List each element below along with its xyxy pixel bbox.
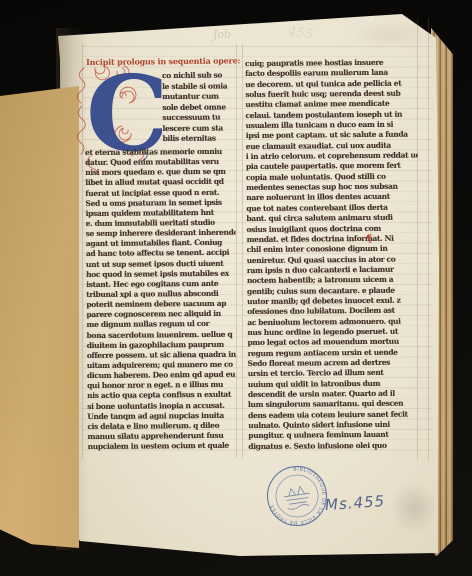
manuscript-text-line: ad hanc toto affectu se tenent. accipi — [86, 248, 236, 259]
manuscript-text-line: lescere cum sta — [162, 123, 234, 134]
manuscript-text-line: dignatus e. Sexto infusione olei quo — [248, 440, 420, 452]
stamp-text: BIBLIOTHEQUE DE LA VILLE DE TROYES — [264, 463, 330, 530]
manuscript-text-line: bant. qui circa salutem animaru studi — [246, 213, 418, 225]
manuscript-text-line: nupcialem in uestem ocium et quale — [88, 441, 238, 452]
manuscript-text-line: sole debet omne — [162, 102, 234, 113]
manuscript-text-line: libet in aliud mutat quasi occidit qd — [85, 177, 235, 188]
manuscript-text-line: solus fuerit huic usq; uerenda deest sub — [245, 89, 417, 101]
manuscript-text-line: ipsi me pont captam. ut sic salute a fun… — [246, 130, 418, 142]
column-rule — [428, 18, 429, 460]
paraph-mark: ¶ — [366, 234, 372, 245]
manuscript-text-line: parere cognoscerem nec aliquid in — [86, 309, 236, 320]
manuscript-text-line: nis actio qua cepta confisus n exultat — [87, 390, 237, 401]
right-column: cuiq; paupratis mee hostias insuerefacto… — [245, 57, 420, 452]
left-column-indented: co nichil sub sole stabile si omiamutant… — [162, 70, 235, 144]
left-column: et eterna stabilitas memorie omniudatur.… — [85, 147, 238, 453]
photo-backdrop: Job 455 Incipit prologus in sequentia op… — [0, 0, 472, 576]
manuscript-text-line: successuum tu — [162, 113, 234, 124]
stamp-emblem-icon — [283, 485, 312, 510]
manuscript-text-line: mutantur cum — [162, 91, 234, 102]
manuscript-text-line: mendat. et fides doctrina informat. Ni — [247, 233, 419, 245]
manuscript-text-line: medentes senectas sup hoc nos subsan — [246, 182, 418, 194]
manuscript-text-line: pia cautele paupertatis. que morem fert — [246, 161, 418, 173]
manuscript-text-line: le stabile si omia — [162, 81, 234, 92]
manuscript-text-line: bilis eternitas — [163, 134, 235, 145]
column-rule — [242, 44, 243, 458]
manuscript-text-line: co nichil sub so — [162, 70, 234, 81]
svg-text:BIBLIOTHEQUE DE LA VILLE DE TR: BIBLIOTHEQUE DE LA VILLE DE TROYES — [264, 463, 330, 530]
page-stain — [390, 482, 438, 534]
manuscript-text-line: regum regum antiacem ursin et uende — [248, 347, 420, 359]
manuscript-text-line: dens eadem uia cotem leuiure sanet fecit — [248, 409, 420, 421]
facing-page-edge — [0, 86, 79, 548]
page-stain — [350, 20, 430, 50]
faint-inscription: Job — [213, 27, 232, 41]
